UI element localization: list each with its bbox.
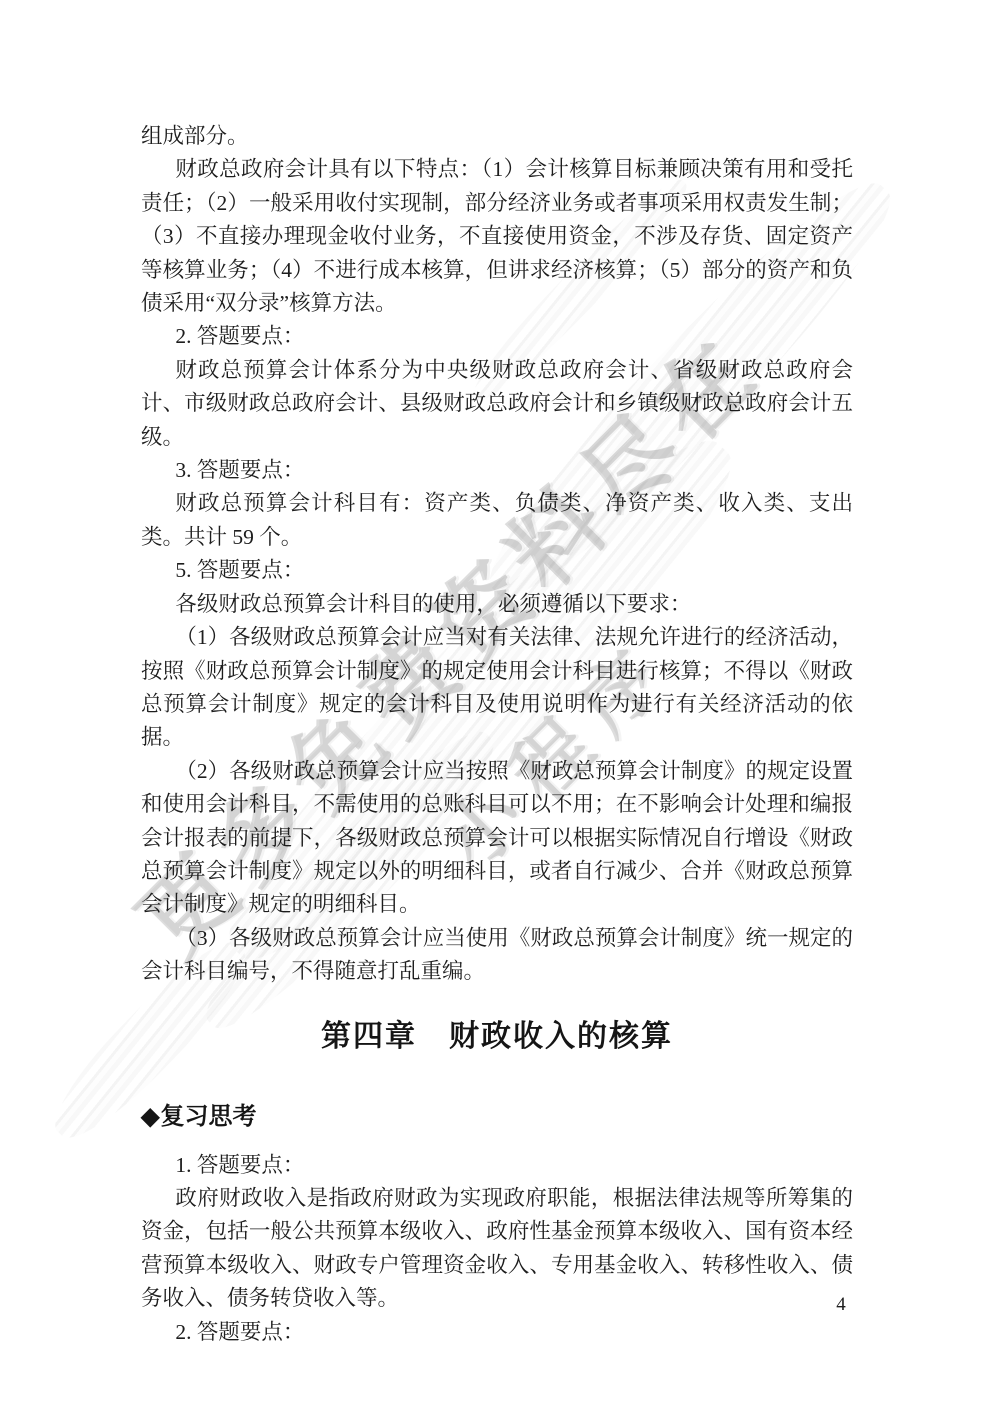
paragraph: （2）各级财政总预算会计应当按照《财政总预算会计制度》的规定设置和使用会计科目，… <box>141 755 853 922</box>
paragraph: 5. 答题要点： <box>141 554 853 587</box>
chapter-heading: 第四章 财政收入的核算 <box>141 1017 853 1057</box>
section-heading: ◆复习思考 <box>141 1099 853 1135</box>
paragraph: 2. 答题要点： <box>141 1316 853 1349</box>
paragraph: 2. 答题要点： <box>141 320 853 353</box>
diamond-icon: ◆ <box>141 1103 159 1130</box>
paragraph: 3. 答题要点： <box>141 454 853 487</box>
paragraph: 各级财政总预算会计科目的使用，必须遵循以下要求： <box>141 588 853 621</box>
section-heading-text: 复习思考 <box>160 1103 256 1130</box>
paragraph: 财政总政府会计具有以下特点：（1）会计核算目标兼顾决策有用和受托责任；（2）一般… <box>141 153 853 320</box>
document-page: 更多免费资料尽在 小程序 组成部分。财政总政府会计具有以下特点：（1）会计核算目… <box>0 0 992 1403</box>
paragraph: 1. 答题要点： <box>141 1149 853 1182</box>
paragraph: （1）各级财政总预算会计应当对有关法律、法规允许进行的经济活动，按照《财政总预算… <box>141 621 853 755</box>
paragraph: 组成部分。 <box>141 120 853 153</box>
paragraph: （3）各级财政总预算会计应当使用《财政总预算会计制度》统一规定的会计科目编号，不… <box>141 922 853 989</box>
paragraph: 财政总预算会计体系分为中央级财政总政府会计、省级财政总政府会计、市级财政总政府会… <box>141 354 853 454</box>
document-body: 组成部分。财政总政府会计具有以下特点：（1）会计核算目标兼顾决策有用和受托责任；… <box>141 120 853 1349</box>
paragraph: 政府财政收入是指政府财政为实现政府职能，根据法律法规等所筹集的资金，包括一般公共… <box>141 1182 853 1316</box>
page-number: 4 <box>830 1294 852 1316</box>
paragraph: 财政总预算会计科目有：资产类、负债类、净资产类、收入类、支出类。共计 59 个。 <box>141 487 853 554</box>
